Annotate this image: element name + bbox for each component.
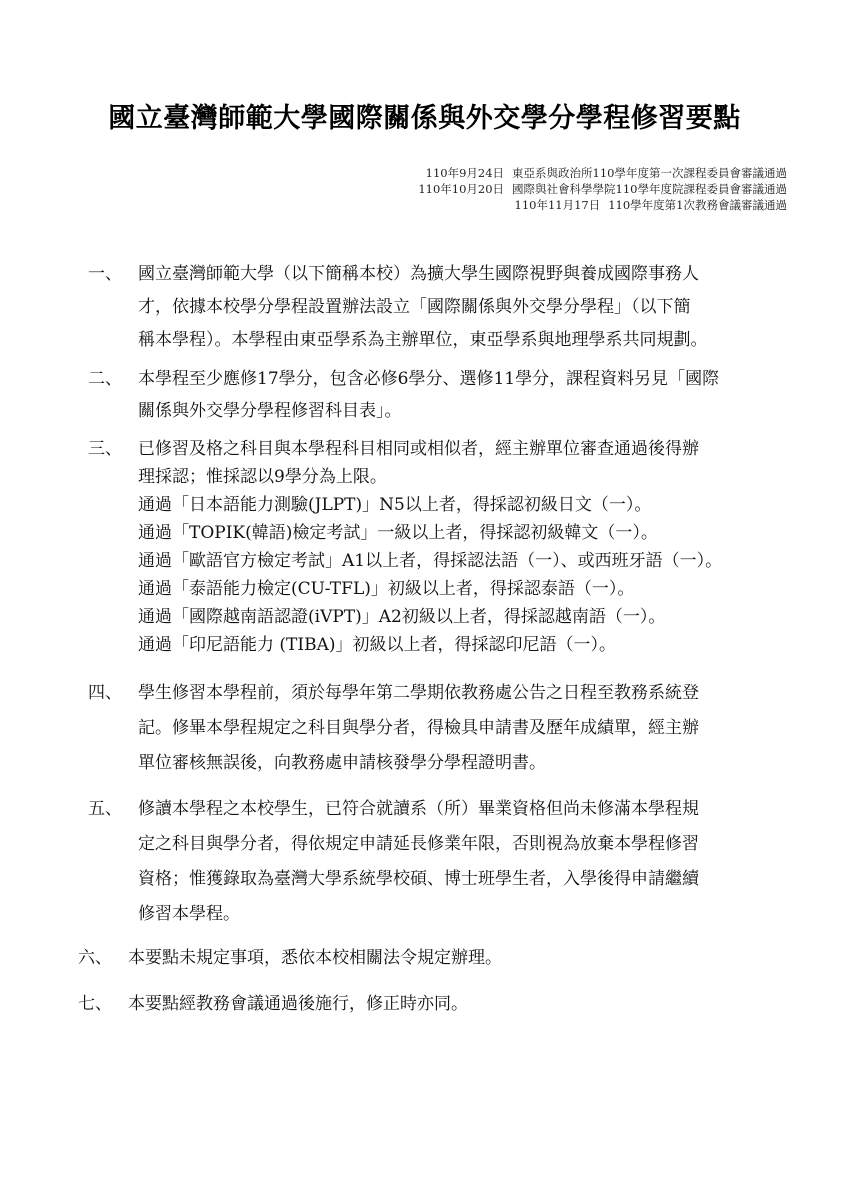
approval-text: 110學年度第1次教務會議審議通過 (608, 198, 787, 212)
article-number: 七、 (78, 993, 128, 1015)
article-number: 一、 (88, 263, 138, 285)
article-2-line: 關係與外交學分學程修習科目表」。 (138, 400, 402, 422)
article-3-exemption: 通過「歐語官方檢定考試」A1以上者，得採認法語（一）、或西班牙語（一）。 (138, 550, 722, 572)
article-3-exemption: 通過「國際越南語認證(iVPT)」A2初級以上者，得採認越南語（一）。 (138, 606, 665, 628)
article-3-exemption: 通過「印尼語能力 (TIBA)」初級以上者，得採認印尼語（一）。 (138, 634, 616, 656)
article-5-line: 定之科目與學分者，得依規定申請延長修業年限，否則視為放棄本學程修習 (138, 833, 699, 855)
article-3-line: 理採認；惟採認以9學分為上限。 (138, 466, 387, 488)
article-3-exemption: 通過「泰語能力檢定(CU-TFL)」初級以上者，得採認泰語（一）。 (138, 578, 634, 600)
article-1-line: 稱本學程）。本學程由東亞學系為主辦單位，東亞學系與地理學系共同規劃。 (138, 329, 708, 351)
article-number: 六、 (78, 947, 128, 969)
document-title: 國立臺灣師範大學國際關係與外交學分學程修習要點 (0, 96, 849, 135)
article-5-line: 修習本學程。 (138, 903, 240, 925)
article-number: 三、 (88, 438, 138, 460)
approval-date: 110年10月20日 (418, 182, 504, 196)
article-3-exemption: 通過「日本語能力測驗(JLPT)」N5以上者，得採認初級日文（一）。 (138, 494, 651, 516)
approval-date: 110年11月17日 (515, 198, 601, 212)
article-text: 學生修習本學程前，須於每學年第二學期依教務處公告之日程至教務系統登 (138, 683, 699, 703)
article-text: 本學程至少應修17學分，包含必修6學分、選修11學分，課程資料另見「國際 (138, 369, 719, 389)
approval-text: 國際與社會科學學院110學年度院課程委員會審議通過 (512, 182, 787, 196)
article-text: 本要點未規定事項，悉依本校相關法令規定辦理。 (128, 948, 502, 968)
article-5-line: 五、修讀本學程之本校學生，已符合就讀系（所）畢業資格但尚未修滿本學程規 (88, 798, 699, 820)
article-number: 五、 (88, 798, 138, 820)
approval-line: 110年9月24日東亞系與政治所110學年度第一次課程委員會審議通過 (418, 165, 787, 181)
article-4-line: 單位審核無誤後，向教務處申請核發學分學程證明書。 (138, 752, 546, 774)
article-text: 已修習及格之科目與本學程科目相同或相似者，經主辦單位審查通過後得辦 (138, 439, 699, 459)
article-6-line: 六、本要點未規定事項，悉依本校相關法令規定辦理。 (78, 947, 502, 969)
article-1-line: 一、國立臺灣師範大學（以下簡稱本校）為擴大學生國際視野與養成國際事務人 (88, 263, 699, 285)
article-3-exemption: 通過「TOPIK(韓語)檢定考試」一級以上者，得採認初級韓文（一）。 (138, 522, 658, 544)
article-number: 二、 (88, 368, 138, 390)
article-1-line: 才，依據本校學分學程設置辦法設立「國際關係與外交學分學程」（以下簡 (138, 296, 691, 318)
article-text: 修讀本學程之本校學生，已符合就讀系（所）畢業資格但尚未修滿本學程規 (138, 799, 699, 819)
approval-line: 110年11月17日110學年度第1次教務會議審議通過 (418, 197, 787, 213)
article-3-line: 三、已修習及格之科目與本學程科目相同或相似者，經主辦單位審查通過後得辦 (88, 438, 699, 460)
article-4-line: 四、學生修習本學程前，須於每學年第二學期依教務處公告之日程至教務系統登 (88, 682, 699, 704)
approval-history: 110年9月24日東亞系與政治所110學年度第一次課程委員會審議通過 110年1… (418, 165, 787, 213)
approval-date: 110年9月24日 (426, 166, 504, 180)
article-4-line: 記。修畢本學程規定之科目與學分者，得檢具申請書及歷年成績單，經主辦 (138, 717, 699, 739)
document-page: 國立臺灣師範大學國際關係與外交學分學程修習要點 110年9月24日東亞系與政治所… (0, 0, 849, 1200)
article-text: 本要點經教務會議通過後施行，修正時亦同。 (128, 994, 468, 1014)
article-7-line: 七、本要點經教務會議通過後施行，修正時亦同。 (78, 993, 468, 1015)
approval-text: 東亞系與政治所110學年度第一次課程委員會審議通過 (512, 166, 787, 180)
approval-line: 110年10月20日國際與社會科學學院110學年度院課程委員會審議通過 (418, 181, 787, 197)
article-number: 四、 (88, 682, 138, 704)
article-2-line: 二、本學程至少應修17學分，包含必修6學分、選修11學分，課程資料另見「國際 (88, 368, 719, 390)
article-5-line: 資格；惟獲錄取為臺灣大學系統學校碩、博士班學生者，入學後得申請繼續 (138, 868, 699, 890)
article-text: 國立臺灣師範大學（以下簡稱本校）為擴大學生國際視野與養成國際事務人 (138, 264, 699, 284)
